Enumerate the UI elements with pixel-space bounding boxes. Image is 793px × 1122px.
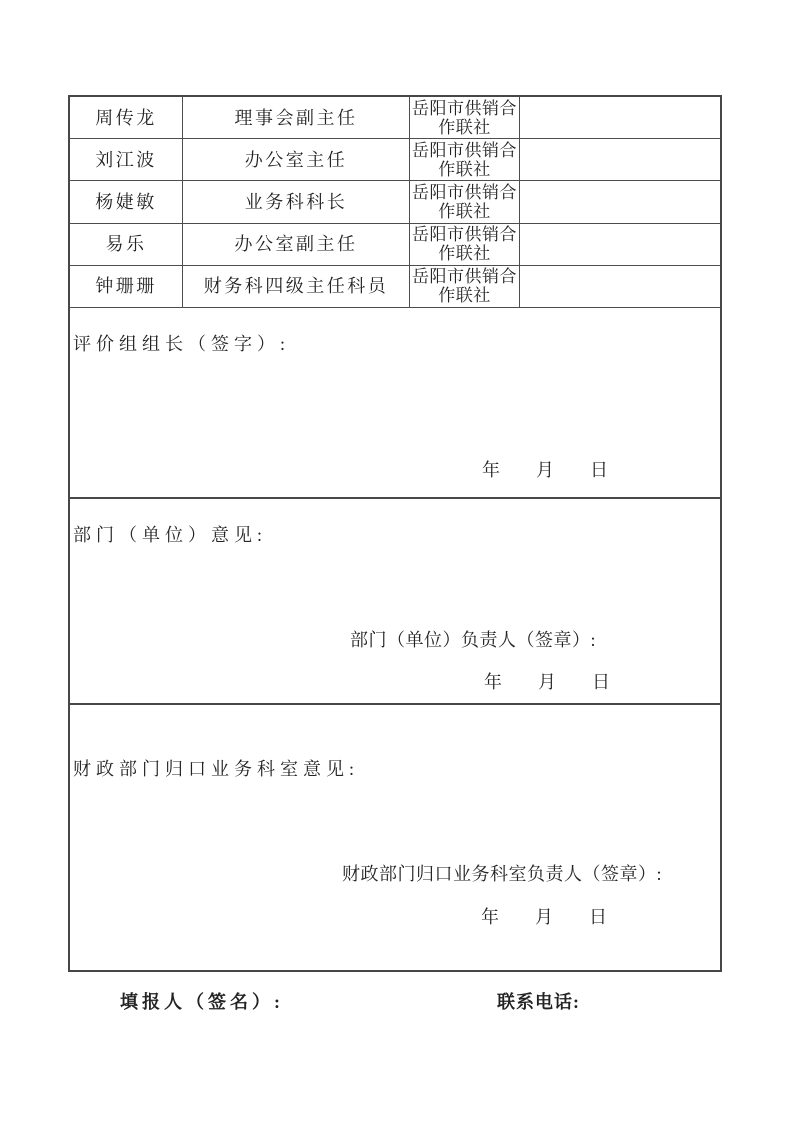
member-note-cell <box>520 97 720 138</box>
member-note-cell <box>520 224 720 265</box>
table-row: 钟珊珊 财务科四级主任科员 岳阳市供销合作联社 <box>70 266 720 308</box>
member-name-cell: 钟珊珊 <box>70 266 183 307</box>
filler-signature-label: 填报人（签名）: <box>120 988 284 1014</box>
evaluation-form-table: 周传龙 理事会副主任 岳阳市供销合作联社 刘江波 办公室主任 岳阳市供销合作联社… <box>68 95 722 972</box>
finance-office-head-signature-label: 财政部门归口业务科室负责人（签章）: <box>342 860 662 886</box>
finance-office-opinion-label: 财政部门归口业务科室意见: <box>73 755 359 781</box>
member-table: 周传龙 理事会副主任 岳阳市供销合作联社 刘江波 办公室主任 岳阳市供销合作联社… <box>70 97 720 308</box>
document-page: 周传龙 理事会副主任 岳阳市供销合作联社 刘江波 办公室主任 岳阳市供销合作联社… <box>0 0 793 1122</box>
table-row: 杨婕敏 业务科科长 岳阳市供销合作联社 <box>70 181 720 223</box>
member-title-cell: 业务科科长 <box>183 181 410 222</box>
evaluation-leader-signature-label: 评价组组长（签字）: <box>73 330 290 356</box>
date-line: 年 月 日 <box>484 668 610 694</box>
contact-phone-label: 联系电话: <box>497 988 580 1014</box>
member-note-cell <box>520 266 720 307</box>
member-org-cell: 岳阳市供销合作联社 <box>410 266 520 307</box>
form-footer: 填报人（签名）: 联系电话: <box>0 988 793 1014</box>
member-org-cell: 岳阳市供销合作联社 <box>410 224 520 265</box>
member-org-cell: 岳阳市供销合作联社 <box>410 97 520 138</box>
member-name-cell: 周传龙 <box>70 97 183 138</box>
member-org-cell: 岳阳市供销合作联社 <box>410 139 520 180</box>
member-title-cell: 财务科四级主任科员 <box>183 266 410 307</box>
member-name-cell: 刘江波 <box>70 139 183 180</box>
member-org-cell: 岳阳市供销合作联社 <box>410 181 520 222</box>
table-row: 刘江波 办公室主任 岳阳市供销合作联社 <box>70 139 720 181</box>
department-opinion-label: 部门（单位）意见: <box>73 521 267 547</box>
member-title-cell: 办公室主任 <box>183 139 410 180</box>
member-name-cell: 易乐 <box>70 224 183 265</box>
date-line: 年 月 日 <box>481 903 607 929</box>
table-row: 周传龙 理事会副主任 岳阳市供销合作联社 <box>70 97 720 139</box>
finance-office-opinion-section: 财政部门归口业务科室意见: 财政部门归口业务科室负责人（签章）: 年 月 日 <box>70 705 720 970</box>
member-note-cell <box>520 139 720 180</box>
department-head-signature-label: 部门（单位）负责人（签章）: <box>350 626 596 652</box>
table-row: 易乐 办公室副主任 岳阳市供销合作联社 <box>70 224 720 266</box>
department-opinion-section: 部门（单位）意见: 部门（单位）负责人（签章）: 年 月 日 <box>70 499 720 705</box>
member-note-cell <box>520 181 720 222</box>
member-title-cell: 办公室副主任 <box>183 224 410 265</box>
member-title-cell: 理事会副主任 <box>183 97 410 138</box>
evaluation-leader-section: 评价组组长（签字）: 年 月 日 <box>70 308 720 499</box>
date-line: 年 月 日 <box>482 456 608 482</box>
member-name-cell: 杨婕敏 <box>70 181 183 222</box>
